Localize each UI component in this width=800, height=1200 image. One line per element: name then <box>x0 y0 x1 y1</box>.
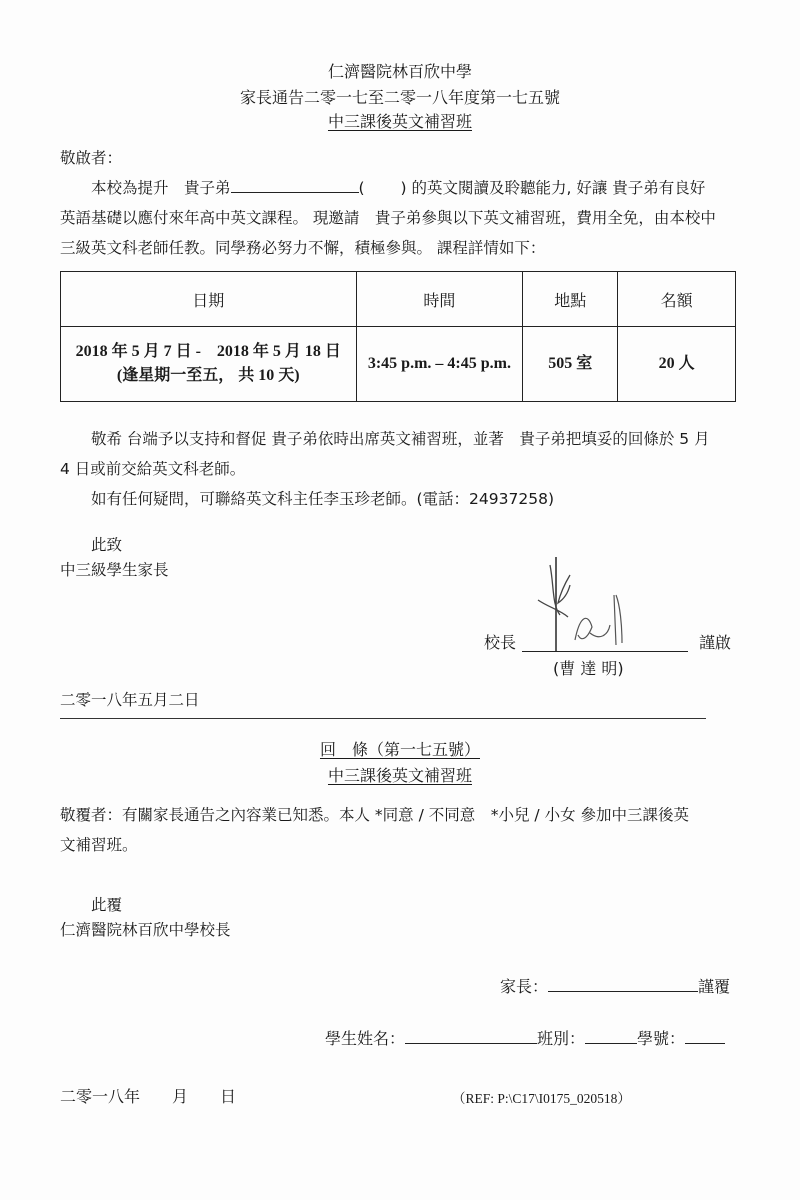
parent-suffix: 謹覆 <box>698 977 730 996</box>
header-time: 時間 <box>356 272 523 327</box>
class-label: 班別： <box>537 1029 585 1048</box>
student-name-label: 學生姓名： <box>325 1029 405 1048</box>
reply-recipient: 仁濟醫院林百欣中學校長 <box>60 915 750 945</box>
date-range: 2018 年 5 月 7 日 - 2018 年 5 月 18 日 <box>62 340 355 364</box>
header-date: 日期 <box>61 272 357 327</box>
school-name: 仁濟醫院林百欣中學 <box>0 62 800 82</box>
header-quota: 名額 <box>618 272 736 327</box>
parent-signature-field[interactable] <box>548 975 698 992</box>
parent-label: 家長： <box>500 977 548 996</box>
divider-line <box>60 718 706 719</box>
notice-date: 二零一八年五月二日 <box>60 685 750 715</box>
notice-number: 家長通告二零一七至二零一八年度第一七五號 <box>0 88 800 108</box>
recipient: 中三級學生家長 <box>60 555 750 585</box>
intro-text-d: 三級英文科老師任教。同學務必努力不懈，積極參與。 課程詳情如下： <box>60 233 750 263</box>
parent-signature-row: 家長：謹覆 <box>500 975 730 997</box>
principal-name: (曹 達 明) <box>553 659 624 679</box>
date-note: (逢星期一至五， 共 10 天) <box>62 364 355 388</box>
cell-date: 2018 年 5 月 7 日 - 2018 年 5 月 18 日 (逢星期一至五… <box>61 327 357 402</box>
reply-subject: 中三課後英文補習班 <box>328 766 472 785</box>
cell-time: 3:45 p.m. – 4:45 p.m. <box>356 327 523 402</box>
notice-subject: 中三課後英文補習班 <box>328 112 472 131</box>
class-field[interactable] <box>585 1027 637 1044</box>
intro-paragraph: 本校為提升 貴子弟( ) 的英文閱讀及聆聽能力, 好讓 貴子弟有良好 英語基礎以… <box>60 173 750 263</box>
reply-body-a: 敬覆者：有關家長通告之內容業已知悉。本人 *同意 / 不同意 *小兒 / 小女 … <box>60 800 750 830</box>
reply-title: 回 條（第一七五號） <box>320 740 480 759</box>
signature-line <box>522 651 688 652</box>
student-info-row: 學生姓名：班別：學號： <box>325 1027 725 1049</box>
principal-signature <box>530 555 640 655</box>
reply-body: 敬覆者：有關家長通告之內容業已知悉。本人 *同意 / 不同意 *小兒 / 小女 … <box>60 800 750 860</box>
student-name-blank[interactable] <box>231 176 359 193</box>
salutation: 敬啟者： <box>60 143 750 173</box>
reference-code: （REF: P:\C17\I0175_020518） <box>452 1087 631 1107</box>
table-header-row: 日期 時間 地點 名額 <box>61 272 736 327</box>
intro-text-a: 本校為提升 貴子弟 <box>91 179 231 197</box>
student-name-field[interactable] <box>405 1027 537 1044</box>
contact-paragraph: 如有任何疑問，可聯絡英文科主任李玉珍老師。(電話：24937258) <box>60 484 750 514</box>
request-text-b: 4 日或前交給英文科老師。 <box>60 454 750 484</box>
course-details-table: 日期 時間 地點 名額 2018 年 5 月 7 日 - 2018 年 5 月 … <box>60 271 736 402</box>
intro-text-b: ( ) 的英文閱讀及聆聽能力, 好讓 貴子弟有良好 <box>359 179 706 197</box>
principal-label: 校長 <box>484 633 516 653</box>
header-venue: 地點 <box>523 272 618 327</box>
intro-text-c: 英語基礎以應付來年高中英文課程。 現邀請 貴子弟參與以下英文補習班，費用全免，由… <box>60 203 750 233</box>
student-number-field[interactable] <box>685 1027 725 1044</box>
cell-quota: 20 人 <box>618 327 736 402</box>
reply-date: 二零一八年 月 日 <box>60 1087 236 1107</box>
reply-body-b: 文補習班。 <box>60 830 750 860</box>
principal-suffix: 謹啟 <box>699 633 731 653</box>
cell-venue: 505 室 <box>523 327 618 402</box>
table-row: 2018 年 5 月 7 日 - 2018 年 5 月 18 日 (逢星期一至五… <box>61 327 736 402</box>
request-paragraph: 敬希 台端予以支持和督促 貴子弟依時出席英文補習班，並著 貴子弟把填妥的回條於 … <box>60 424 750 484</box>
student-number-label: 學號： <box>637 1029 685 1048</box>
request-text-a: 敬希 台端予以支持和督促 貴子弟依時出席英文補習班，並著 貴子弟把填妥的回條於 … <box>60 424 750 454</box>
